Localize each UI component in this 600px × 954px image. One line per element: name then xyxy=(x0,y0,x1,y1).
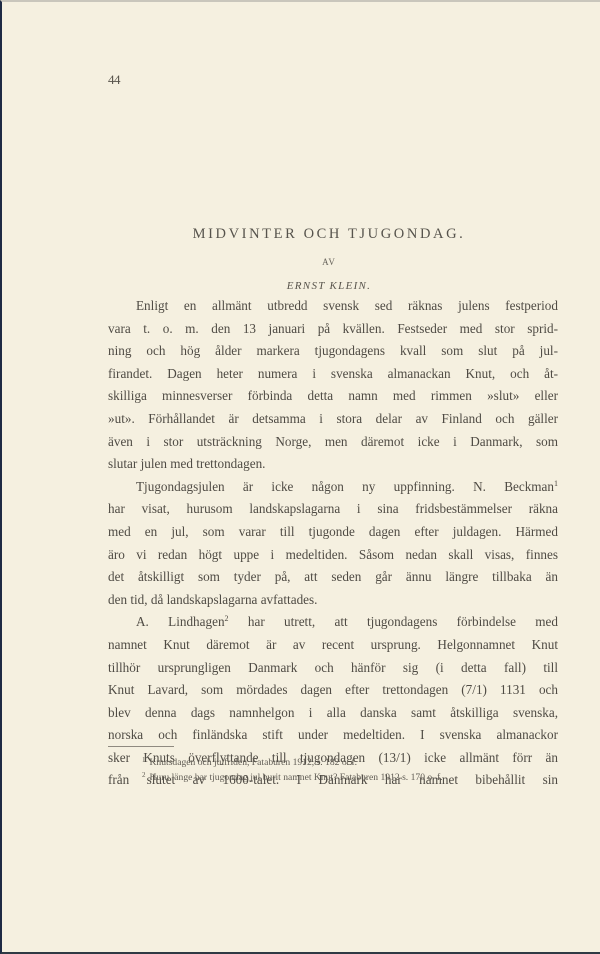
text-line: äro vi redan högt uppe i medeltiden. Sås… xyxy=(108,544,558,567)
footnote-mark: 1 xyxy=(142,756,146,764)
footnotes: 1Knutsdagen och julfriden, Fataburen 191… xyxy=(142,753,562,783)
footnote-divider xyxy=(108,746,174,747)
text-line: norska och finländska stift under medelt… xyxy=(108,724,558,747)
text-line: med en jul, som varar till tjugonde dage… xyxy=(108,521,558,544)
footnote-text: Knutsdagen och julfriden, Fataburen 1912… xyxy=(150,757,358,768)
text-segment: har utrett, att tjugondagens förbindelse… xyxy=(248,614,558,629)
footnote-ref: 2 xyxy=(225,614,229,623)
text-line: A. Lindhagen2 har utrett, att tjugondage… xyxy=(108,611,558,634)
text-line: den tid, då landskapslagarna avfattades. xyxy=(108,589,558,612)
text-segment: Tjugondagsjulen är icke någon ny uppfinn… xyxy=(136,479,554,494)
body-text: Enligt en allmänt utbredd svensk sed räk… xyxy=(108,295,558,792)
text-line: tillhör ursprungligen Danmark och hänför… xyxy=(108,657,558,680)
text-line: Knut Lavard, som mördades dagen efter tr… xyxy=(108,679,558,702)
text-segment: A. Lindhagen xyxy=(136,614,225,629)
article-title: MIDVINTER OCH TJUGONDAG. xyxy=(2,226,600,243)
text-line: även i stor utsträckning Norge, men däre… xyxy=(108,431,558,454)
text-line: firandet. Dagen heter numera i svenska a… xyxy=(108,363,558,386)
text-line: namnet Knut däremot är av recent ursprun… xyxy=(108,634,558,657)
footnote: 1Knutsdagen och julfriden, Fataburen 191… xyxy=(142,753,562,768)
article-author: ERNST KLEIN. xyxy=(2,280,600,292)
text-line: har visat, hurusom landskapslagarna i si… xyxy=(108,498,558,521)
footnote-ref: 1 xyxy=(554,479,558,488)
article-byline: AV xyxy=(2,257,600,267)
text-line: Enligt en allmänt utbredd svensk sed räk… xyxy=(108,295,558,318)
text-line: ning och hög ålder markera tjugondagens … xyxy=(108,340,558,363)
footnote-mark: 2 xyxy=(142,771,146,779)
book-page: 44 MIDVINTER OCH TJUGONDAG. AV ERNST KLE… xyxy=(0,0,600,954)
text-line: Tjugondagsjulen är icke någon ny uppfinn… xyxy=(108,476,558,499)
page-number: 44 xyxy=(108,72,120,88)
text-line: det åtskilligt som tyder på, att seden g… xyxy=(108,566,558,589)
text-line: vara t. o. m. den 13 januari på kvällen.… xyxy=(108,318,558,341)
text-line: skilliga minnesverser förbinda detta nam… xyxy=(108,385,558,408)
text-line: blev denna dags namnhelgon i alla danska… xyxy=(108,702,558,725)
footnote: 2Huru länge har tjugondag jul burit namn… xyxy=(142,768,562,783)
text-line: slutar julen med trettondagen. xyxy=(108,453,558,476)
text-line: »ut». Förhållandet är detsamma i stora d… xyxy=(108,408,558,431)
footnote-text: Huru länge har tjugondag jul burit namne… xyxy=(150,772,443,783)
